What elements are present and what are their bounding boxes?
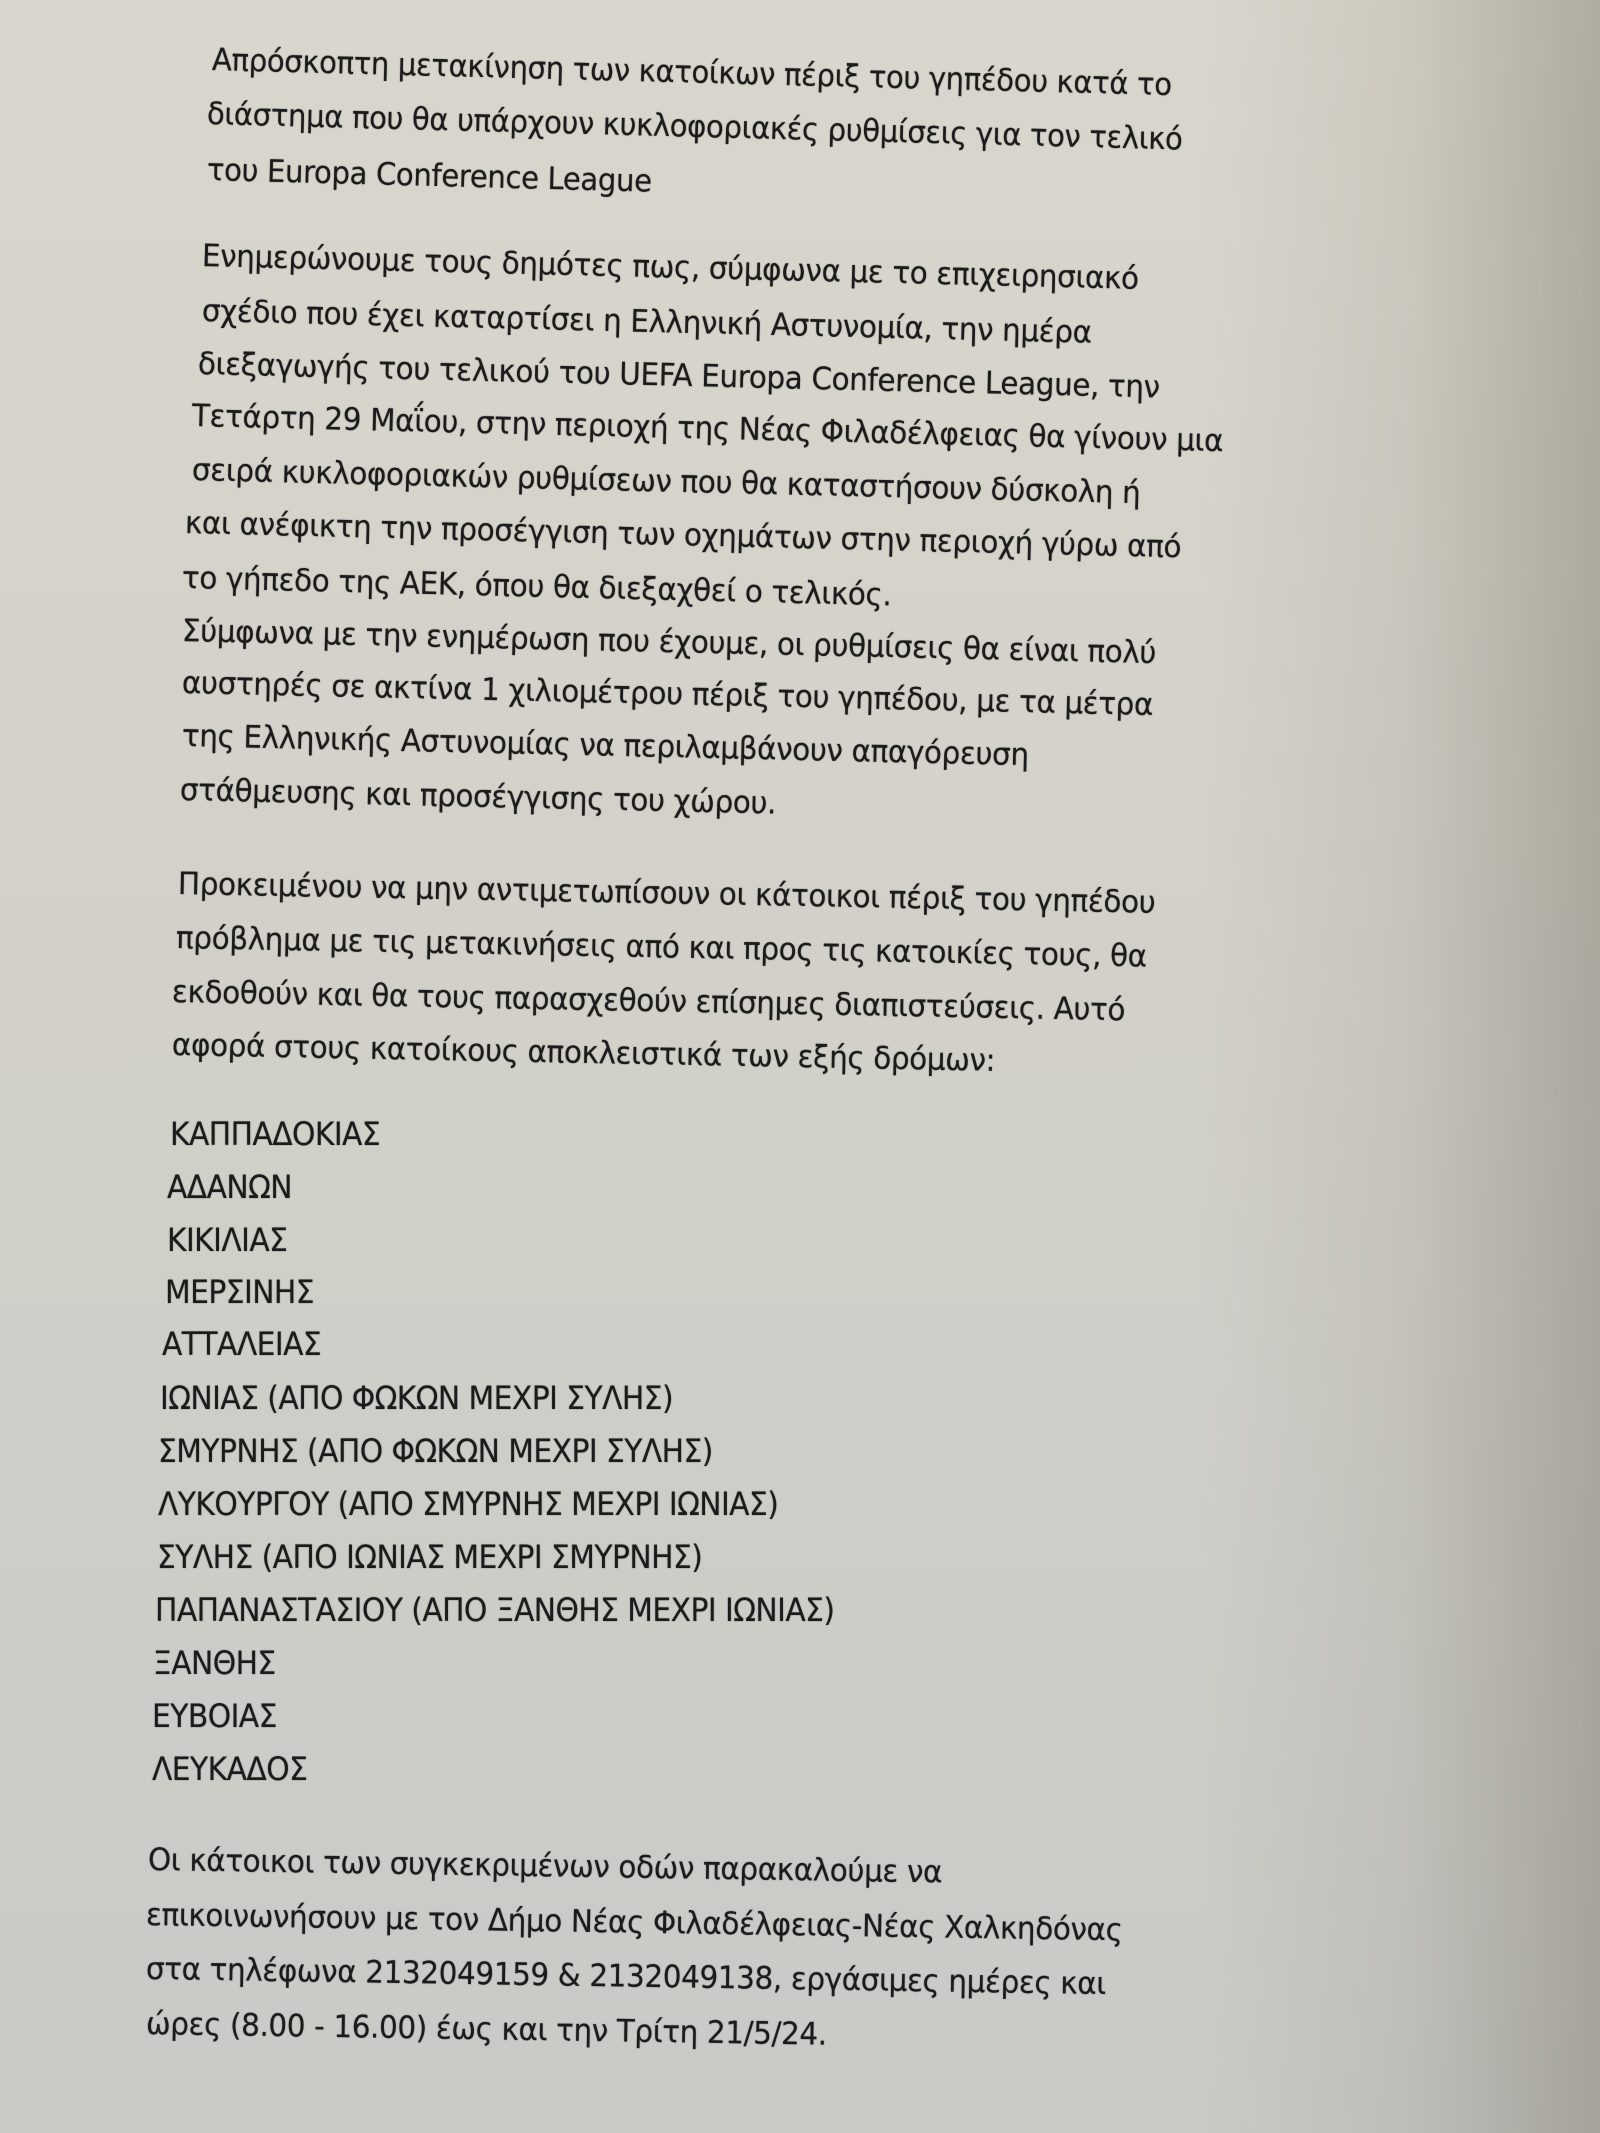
paragraph-line: το γήπεδο της ΑΕΚ, όπου θα διεξαχθεί ο τ… (182, 560, 892, 613)
paragraph-line: Τετάρτη 29 Μαΐου, στην περιοχή της Νέας … (192, 398, 1224, 459)
paragraph-line: Προκειμένου να μην αντιμετωπίσουν οι κάτ… (178, 866, 1156, 921)
title-line: διάστημα που θα υπάρχουν κυκλοφοριακές ρ… (207, 96, 1183, 158)
street-item: ΚΙΚΙΛΙΑΣ (167, 1221, 287, 1259)
paragraph-line: σειρά κυκλοφοριακών ρυθμίσεων που θα κατ… (192, 452, 1141, 511)
paragraph-line: επικοινωνήσουν με τον Δήμο Νέας Φιλαδέλφ… (146, 1897, 1123, 1948)
street-item: ΛΕΥΚΑΔΟΣ (152, 1750, 307, 1788)
street-item: ΜΕΡΣΙΝΗΣ (165, 1273, 314, 1311)
paragraph-line: στάθμευσης και προσέγγισης του χώρου. (180, 772, 777, 822)
paragraph-line: εκδοθούν και θα τους παρασχεθούν επίσημε… (172, 974, 1126, 1028)
paragraph-line: στα τηλέφωνα 2132049159 & 2132049138, ερ… (146, 1951, 1106, 2002)
street-item: ΕΥΒΟΙΑΣ (152, 1697, 277, 1735)
paragraph-line: πρόβλημα με τις μετακινήσεις από και προ… (176, 920, 1147, 975)
street-item: ΑΔΑΝΩΝ (167, 1168, 292, 1206)
paragraph-line: ώρες (8.00 - 16.00) έως και την Τρίτη 21… (146, 2006, 827, 2053)
paragraph-line: Σύμφωνα με την ενημέρωση που έχουμε, οι … (182, 613, 1157, 671)
title-line: Απρόσκοπτη μετακίνηση των κατοίκων πέριξ… (212, 42, 1173, 103)
street-item: ΞΑΝΘΗΣ (153, 1644, 276, 1682)
street-item: ΣΥΛΗΣ (ΑΠΟ ΙΩΝΙΑΣ ΜΕΧΡΙ ΣΜΥΡΝΗΣ) (157, 1538, 702, 1576)
street-item: ΚΑΠΠΑΔΟΚΙΑΣ (170, 1115, 380, 1153)
street-item: ΣΜΥΡΝΗΣ (ΑΠΟ ΦΩΚΩΝ ΜΕΧΡΙ ΣΥΛΗΣ) (158, 1432, 713, 1470)
paragraph-line: Οι κάτοικοι των συγκεκριμένων οδών παρακ… (148, 1842, 943, 1890)
street-item: ΙΩΝΙΑΣ (ΑΠΟ ΦΩΚΩΝ ΜΕΧΡΙ ΣΥΛΗΣ) (160, 1379, 673, 1417)
paragraph-line: της Ελληνικής Αστυνομίας να περιλαμβάνου… (182, 718, 1030, 773)
paragraph-line: Ενημερώνουμε τους δημότες πως, σύμφωνα μ… (202, 238, 1140, 297)
paragraph-line: και ανέφικτη την προσέγγιση των οχημάτων… (185, 505, 1182, 565)
paragraph-line: σχέδιο που έχει καταρτίσει η Ελληνική Ασ… (202, 293, 1093, 351)
street-item: ΠΑΠΑΝΑΣΤΑΣΙΟΥ (ΑΠΟ ΞΑΝΘΗΣ ΜΕΧΡΙ ΙΩΝΙΑΣ) (155, 1591, 834, 1629)
street-item: ΛΥΚΟΥΡΓΟΥ (ΑΠΟ ΣΜΥΡΝΗΣ ΜΕΧΡΙ ΙΩΝΙΑΣ) (158, 1485, 778, 1523)
paragraph-line: αυστηρές σε ακτίνα 1 χιλιομέτρου πέριξ τ… (182, 665, 1154, 723)
paragraph-line: αφορά στους κατοίκους αποκλειστικά των ε… (172, 1027, 996, 1079)
title-line: του Europa Conference League (207, 152, 653, 200)
notice-document: Απρόσκοπτη μετακίνηση των κατοίκων πέριξ… (0, 0, 1600, 2133)
street-item: ΑΤΤΑΛΕΙΑΣ (162, 1325, 321, 1363)
paragraph-line: διεξαγωγής του τελικού του UEFA Europa C… (198, 346, 1161, 405)
